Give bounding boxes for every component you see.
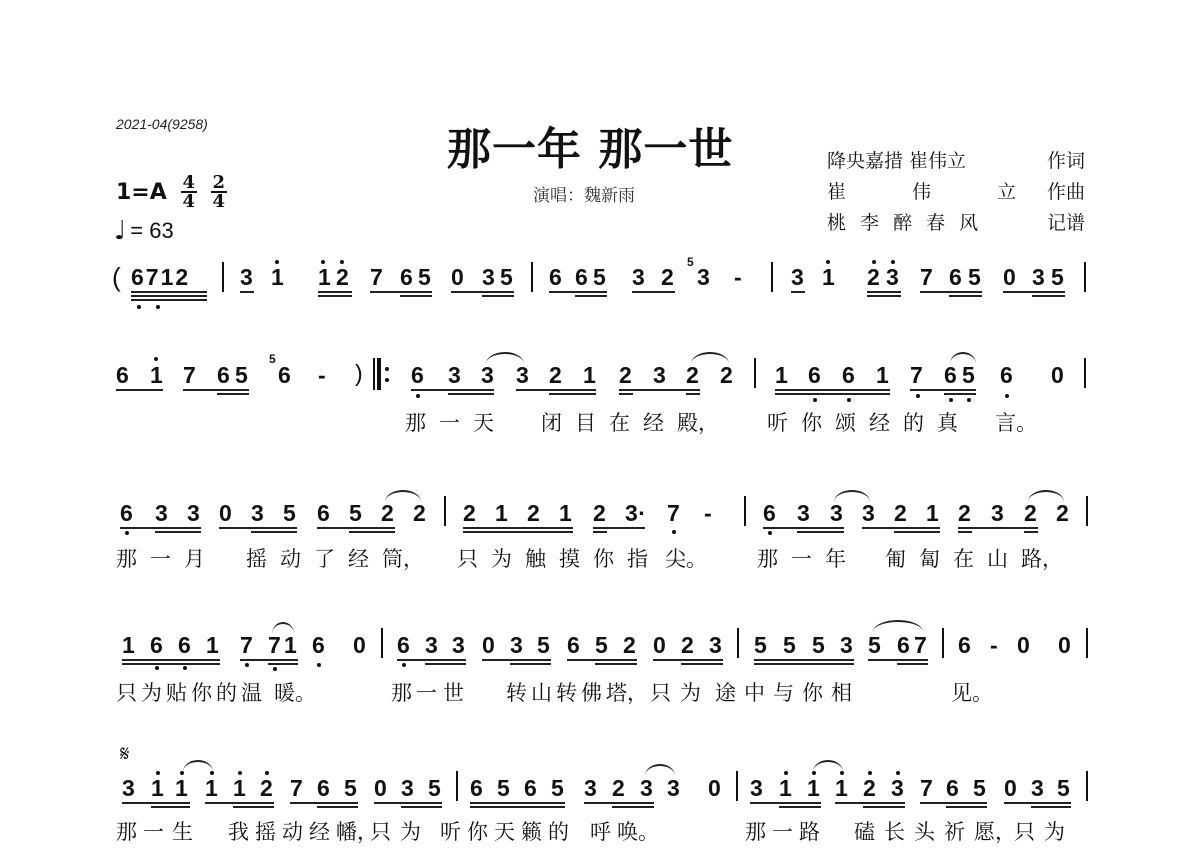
note: 0 [1017, 632, 1030, 659]
note: 1 [271, 264, 284, 291]
note: 6 [470, 775, 483, 802]
note: 2 [527, 500, 540, 527]
note: 6 [150, 632, 163, 659]
lyric: 为 [1044, 816, 1065, 846]
underline [681, 663, 723, 665]
note: 3· [625, 500, 646, 527]
barline [1086, 628, 1088, 658]
note: 1 [206, 632, 219, 659]
lyric: 为 [491, 543, 512, 573]
underline [1024, 531, 1038, 533]
note: 3 [750, 775, 763, 802]
note: 6 [317, 500, 330, 527]
lyric: 中 [744, 677, 765, 707]
barline [456, 771, 458, 801]
dash: - [734, 264, 742, 291]
note: 0 [653, 632, 666, 659]
lyric: 那 [745, 816, 766, 846]
note: 2 [463, 500, 476, 527]
note: 1 [205, 775, 218, 802]
slur [950, 352, 976, 364]
lyric: 籁 [521, 816, 542, 846]
note: 0 [451, 264, 464, 291]
note: 0 [374, 775, 387, 802]
lyric: 月 [184, 543, 205, 573]
lyric: 我 [228, 816, 249, 846]
lyricist-role: 作词 [1047, 146, 1085, 177]
underline [205, 802, 274, 804]
composer-credit: 崔 伟 立作曲 [827, 177, 1085, 208]
underline [797, 531, 844, 533]
lyric: 动 [282, 816, 303, 846]
note: 5 [812, 632, 825, 659]
note: 6 [178, 632, 191, 659]
note: 6 [120, 500, 133, 527]
underline [920, 291, 982, 293]
note: 6 [278, 362, 291, 389]
dash: - [704, 500, 712, 527]
note: 5 [973, 775, 986, 802]
note: 5 [551, 775, 564, 802]
underline [775, 393, 890, 395]
low-octave-dot [847, 398, 851, 402]
note: 3 [891, 775, 904, 802]
underline [318, 291, 352, 293]
lyric: 经 [309, 816, 330, 846]
note: 2 [612, 775, 625, 802]
lyric: 天 [473, 407, 494, 437]
note: 6 [397, 632, 410, 659]
note: 1 [775, 362, 788, 389]
note: 2 [686, 362, 699, 389]
underline [463, 531, 573, 533]
note: 6 [897, 632, 910, 659]
underline [122, 663, 220, 665]
high-octave-dot [156, 771, 160, 775]
key-signature: 1=A 44 24 [116, 174, 227, 210]
underline [686, 393, 700, 395]
note: 2 [958, 500, 971, 527]
lyric: 那 [116, 816, 137, 846]
underline [593, 531, 607, 533]
note: 5 [344, 775, 357, 802]
barline [1084, 262, 1086, 292]
note: 1 [318, 264, 331, 291]
underline [958, 531, 972, 533]
high-octave-dot [784, 771, 788, 775]
thick-barline [377, 358, 381, 390]
note: 3 [510, 632, 523, 659]
note: 6 [411, 362, 424, 389]
lyric: 殿， [677, 407, 719, 437]
note: 5 [418, 264, 431, 291]
note: 6 [949, 264, 962, 291]
note: 5 [868, 632, 881, 659]
underline [510, 663, 551, 665]
note: 7 [370, 264, 383, 291]
note: 0 [1004, 775, 1017, 802]
note: 1 [559, 500, 572, 527]
note: 3 [401, 775, 414, 802]
lyric: 只 [1014, 816, 1035, 846]
lyric: 在 [953, 543, 974, 573]
underline [567, 659, 637, 661]
underline [400, 295, 432, 297]
lyric: 你 [467, 816, 488, 846]
note: 2 [623, 632, 636, 659]
lyric: 为 [680, 677, 701, 707]
barline [531, 262, 533, 292]
quarter-note-icon: ♩ [114, 216, 126, 246]
underline [219, 527, 297, 529]
lyric: 途 [715, 677, 736, 707]
high-octave-dot [891, 260, 895, 264]
underline [370, 291, 432, 293]
barline [444, 496, 446, 526]
lyric: 见。 [951, 677, 993, 707]
underline [397, 659, 466, 661]
high-octave-dot [868, 771, 872, 775]
time-signature-4-4: 44 [181, 174, 197, 210]
time1-denominator: 4 [183, 193, 196, 210]
note: 2 [867, 264, 880, 291]
underline [612, 806, 654, 808]
lyric: 了 [314, 543, 335, 573]
note: 1 [779, 775, 792, 802]
note: 3 [632, 264, 645, 291]
measure-1-notes: 6712 [131, 264, 190, 291]
note: 3 [122, 775, 135, 802]
lyric: 你 [191, 677, 212, 707]
note: 1 [822, 264, 835, 291]
barline [381, 628, 383, 658]
note: 3 [482, 264, 495, 291]
lyric: 听 [440, 816, 461, 846]
score-code: 2021-04(9258) [116, 116, 208, 132]
lyric: 尖。 [665, 543, 707, 573]
underline [867, 295, 901, 297]
underline [317, 806, 358, 808]
barline [754, 358, 756, 388]
lyric: 那 [391, 677, 412, 707]
high-octave-dot [826, 260, 830, 264]
lyric: 只 [457, 543, 478, 573]
underline [374, 802, 442, 804]
underline [448, 393, 494, 395]
note: 0 [1003, 264, 1016, 291]
lyric: 年 [825, 543, 846, 573]
underline [863, 806, 905, 808]
close-paren: ) [355, 360, 363, 387]
underline [862, 527, 940, 529]
note: 5 [783, 632, 796, 659]
note: 0 [1058, 632, 1071, 659]
lyric: 世 [443, 677, 464, 707]
credits: 降央嘉措 崔伟立作词 崔 伟 立作曲 桃 李 醉 春 风记谱 [827, 146, 1085, 239]
lyric: 只 [116, 677, 137, 707]
lyric: 一 [143, 816, 164, 846]
lyric: 颂 [835, 407, 856, 437]
underline [619, 389, 700, 391]
underline [482, 659, 551, 661]
underline [120, 527, 201, 529]
time1-numerator: 4 [183, 174, 196, 191]
note: 2 [336, 264, 349, 291]
note: 1 [926, 500, 939, 527]
high-octave-dot [872, 260, 876, 264]
underline [516, 389, 596, 391]
underline [910, 389, 976, 391]
underline [217, 393, 249, 395]
lyric: 经 [643, 407, 664, 437]
underline [240, 291, 254, 293]
lyric: 呼 [590, 816, 611, 846]
lyric: 路 [799, 816, 820, 846]
note: 3 [448, 362, 461, 389]
underline [233, 806, 274, 808]
lyric: 贴 [166, 677, 187, 707]
lyric: 真 [937, 407, 958, 437]
underline [1004, 802, 1071, 804]
note: 1 [233, 775, 246, 802]
underline [619, 393, 633, 395]
underline [183, 389, 249, 391]
underline [251, 531, 297, 533]
lyric: 天 [494, 816, 515, 846]
repeat-dot [385, 367, 389, 371]
lyric: 唤。 [617, 816, 659, 846]
underline [949, 295, 982, 297]
dash: - [318, 362, 326, 389]
note: 2 [619, 362, 632, 389]
lyric: 只 [650, 677, 671, 707]
low-octave-dot [813, 398, 817, 402]
note: 3 [640, 775, 653, 802]
note: 2 [260, 775, 273, 802]
note: 0 [482, 632, 495, 659]
note: 2 [593, 500, 606, 527]
underline [867, 291, 901, 293]
note: 1 [151, 775, 164, 802]
low-octave-dot [672, 530, 676, 534]
lyric: 动 [280, 543, 301, 573]
lyric: 摇 [246, 543, 267, 573]
underline [122, 659, 220, 661]
note: 3 [452, 632, 465, 659]
low-octave-dot [402, 663, 406, 667]
underline [470, 802, 565, 804]
lyric: 为 [400, 816, 421, 846]
note: 7 [914, 632, 927, 659]
note: 1 [583, 362, 596, 389]
lyric: 触 [525, 543, 546, 573]
transcriber-name: 桃 李 醉 春 风 [827, 208, 982, 239]
low-octave-dot [768, 531, 772, 535]
tempo-value: = 63 [130, 218, 173, 244]
low-octave-dot [155, 666, 159, 670]
underline [958, 527, 1038, 529]
lyric: 的 [216, 677, 237, 707]
low-octave-dot [137, 305, 141, 309]
high-octave-dot [210, 771, 214, 775]
underline [593, 527, 645, 529]
lyric: 那 [757, 543, 778, 573]
note: 2 [381, 500, 394, 527]
note: 3 [187, 500, 200, 527]
lyric: 山 [531, 677, 552, 707]
underline [1031, 806, 1071, 808]
low-octave-dot [245, 663, 249, 667]
note: 3 [797, 500, 810, 527]
note: 6 [763, 500, 776, 527]
open-paren: ( [112, 262, 121, 293]
note: 3 [830, 500, 843, 527]
note: 2 [863, 775, 876, 802]
underline [653, 659, 723, 661]
lyric: 的 [548, 816, 569, 846]
underline [575, 295, 607, 297]
note: 6 [116, 362, 129, 389]
underline [632, 291, 675, 293]
note: 3 [1031, 775, 1044, 802]
grace-note: 5 [269, 352, 276, 366]
lyric: 头 [914, 816, 935, 846]
segno-icon: 𝄋 [120, 742, 129, 767]
lyric: 听 [767, 407, 788, 437]
high-octave-dot [896, 771, 900, 775]
grace-note: 5 [687, 255, 694, 269]
transcriber-role: 记谱 [1047, 208, 1085, 239]
note: 3 [653, 362, 666, 389]
lyric: 为 [141, 677, 162, 707]
lyric: 经 [348, 543, 369, 573]
lyric: 摇 [255, 816, 276, 846]
note: 3 [709, 632, 722, 659]
lyric: 你 [802, 677, 823, 707]
note: 1 [876, 362, 889, 389]
lyric: 长 [884, 816, 905, 846]
barline [1084, 358, 1086, 388]
note: 3 [791, 264, 804, 291]
note: 5 [497, 775, 510, 802]
barline [942, 628, 944, 658]
barline [1086, 771, 1088, 801]
note: 6 [549, 264, 562, 291]
high-octave-dot [238, 771, 242, 775]
underline [754, 659, 854, 661]
underline [754, 663, 854, 665]
tie [813, 760, 843, 772]
lyric: 摸 [559, 543, 580, 573]
underline [240, 659, 298, 661]
low-octave-dot [1005, 394, 1009, 398]
underline [1003, 291, 1065, 293]
note: 6 [808, 362, 821, 389]
note: 5 [235, 362, 248, 389]
lyric: 一 [416, 677, 437, 707]
lyric: 转 [506, 677, 527, 707]
underline [897, 663, 928, 665]
note: 3 [1032, 264, 1045, 291]
note: 0 [219, 500, 232, 527]
underline [318, 295, 352, 297]
lyric: 你 [801, 407, 822, 437]
note: 5 [500, 264, 513, 291]
lyric: 指 [627, 543, 648, 573]
note: 1 [807, 775, 820, 802]
underline [317, 527, 395, 529]
note: 6 [946, 775, 959, 802]
lyricist-name: 降央嘉措 崔伟立 [827, 146, 966, 177]
note: 2 [720, 362, 733, 389]
lyric: 只 [370, 816, 391, 846]
note: 6 [217, 362, 230, 389]
low-octave-dot [949, 398, 953, 402]
lyric: 祈 [944, 816, 965, 846]
underline [868, 659, 928, 661]
underline [482, 295, 514, 297]
lyric: 塔， [606, 677, 648, 707]
repeat-dot [385, 378, 389, 382]
composer-role: 作曲 [1047, 177, 1085, 208]
underline [411, 389, 494, 391]
underline [584, 802, 654, 804]
underline [131, 291, 207, 293]
note: 5 [754, 632, 767, 659]
barline [736, 771, 738, 801]
underline [155, 531, 201, 533]
underline [946, 806, 987, 808]
note: 2 [681, 632, 694, 659]
note: 1 [175, 775, 188, 802]
low-octave-dot [183, 666, 187, 670]
underline [835, 802, 905, 804]
lyric: 目 [575, 407, 596, 437]
lyric: 路， [1021, 543, 1063, 573]
tempo-marking: ♩ = 63 [114, 216, 174, 246]
note: 0 [1051, 362, 1064, 389]
underline [470, 806, 565, 808]
lyric: 你 [593, 543, 614, 573]
lyric: 匐 [919, 543, 940, 573]
note: 0 [708, 775, 721, 802]
time2-numerator: 2 [213, 174, 226, 191]
note: 1 [835, 775, 848, 802]
note: 2 [661, 264, 674, 291]
barline [744, 496, 746, 526]
note: 3 [667, 775, 680, 802]
underline [451, 291, 514, 293]
underline [425, 663, 466, 665]
low-octave-dot [125, 531, 129, 535]
note: 7 [240, 632, 253, 659]
note: 7 [920, 264, 933, 291]
note: 2 [1056, 500, 1069, 527]
note: 5 [595, 632, 608, 659]
lyric: 暖。 [274, 677, 316, 707]
lyric: 一 [439, 407, 460, 437]
note: 3 [991, 500, 1004, 527]
low-octave-dot [273, 667, 277, 671]
note: 5 [593, 264, 606, 291]
note: 7 [268, 632, 281, 659]
note: 3 [425, 632, 438, 659]
underline [349, 531, 395, 533]
lyric: 那 [405, 407, 426, 437]
underline [131, 295, 207, 297]
thin-barline [373, 358, 375, 390]
lyric: 一 [150, 543, 171, 573]
